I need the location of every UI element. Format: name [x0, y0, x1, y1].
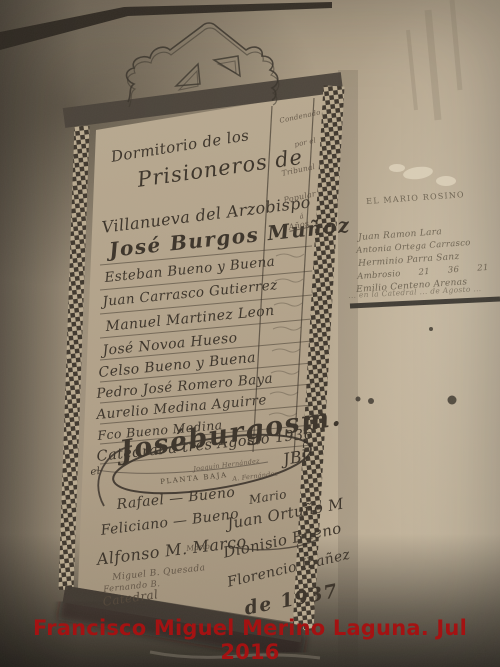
- signature-monogram: JBl: [282, 448, 309, 468]
- photo-caption: Francisco Miguel Merino Laguna. Jul 2016: [0, 616, 500, 664]
- signature-pre: el: [90, 467, 101, 478]
- photo-grain: [0, 0, 500, 667]
- plaque-frame-drawing: [0, 0, 500, 667]
- wall-photo: Dormitorio de los Prisioneros de Villanu…: [0, 0, 500, 667]
